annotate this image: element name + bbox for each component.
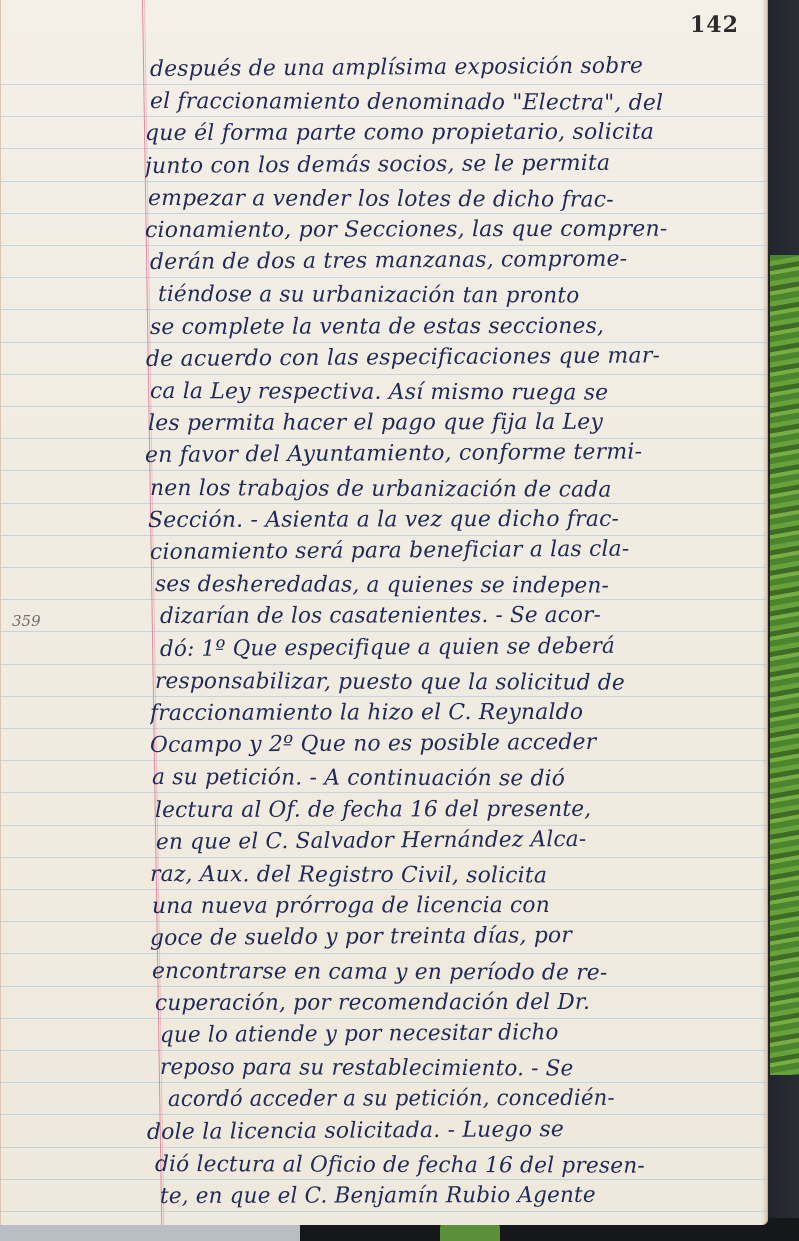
handwritten-line: les permita hacer el pago que fija la Le…: [148, 409, 760, 443]
handwritten-line: que él forma parte como propietario, sol…: [145, 119, 760, 153]
handwritten-line: te, en que el C. Benjamín Rubio Agente: [160, 1181, 760, 1215]
handwritten-line: fraccionamiento la hizo el C. Reynaldo: [150, 698, 760, 732]
handwritten-line: reposo para su restablecimiento. - Se: [160, 1054, 760, 1088]
handwritten-line: cuperación, por recomendación del Dr.: [155, 988, 760, 1022]
margin-note: 359: [12, 612, 41, 630]
handwritten-line: cionamiento, por Secciones, las que comp…: [145, 215, 760, 249]
handwritten-line: dió lectura al Oficio de fecha 16 del pr…: [155, 1151, 760, 1185]
handwritten-line: dizarían de los casatenientes. - Se acor…: [160, 602, 760, 636]
handwritten-line: empezar a vender los lotes de dicho frac…: [148, 185, 760, 219]
handwritten-line: Ocampo y 2º Que no es posible acceder: [150, 728, 760, 764]
handwritten-line: lectura al Of. de fecha 16 del presente,: [155, 795, 760, 829]
handwritten-line: dole la licencia solicitada. - Luego se: [147, 1114, 760, 1150]
handwritten-line: Sección. - Asienta a la vez que dicho fr…: [148, 505, 760, 539]
handwritten-line: dó: 1º Que especifique a quien se deberá: [160, 631, 760, 667]
handwritten-line: el fraccionamiento denominado "Electra",…: [150, 88, 760, 122]
handwritten-line: responsabilizar, puesto que la solicitud…: [155, 668, 760, 702]
handwritten-line: se complete la venta de estas secciones,: [150, 312, 760, 346]
handwritten-line: raz, Aux. del Registro Civil, solicita: [150, 861, 760, 895]
handwritten-line: una nueva prórroga de licencia con: [152, 892, 760, 926]
handwritten-line: junto con los demás socios, se le permit…: [145, 148, 760, 184]
page-number: 142: [690, 12, 739, 38]
handwritten-line: a su petición. - A continuación se dió: [152, 764, 760, 798]
handwritten-line: acordó acceder a su petición, concedién-: [168, 1085, 760, 1119]
handwritten-line: en que el C. Salvador Hernández Alca-: [156, 825, 760, 861]
handwritten-line: ses desheredadas, a quienes se indepen-: [155, 571, 760, 605]
handwritten-line: ca la Ley respectiva. Así mismo ruega se: [150, 378, 760, 412]
handwritten-line: en favor del Ayuntamiento, conforme term…: [145, 438, 760, 474]
handwritten-line: nen los trabajos de urbanización de cada: [150, 475, 760, 509]
handwritten-line: cionamiento será para beneficiar a las c…: [150, 535, 760, 571]
green-page-edge: [770, 255, 799, 1075]
handwritten-line: tiéndose a su urbanización tan pronto: [158, 281, 760, 315]
handwritten-line: de acuerdo con las especificaciones que …: [146, 342, 760, 378]
handwritten-line: goce de sueldo y por treinta días, por: [150, 921, 760, 957]
handwritten-line: derán de dos a tres manzanas, comprome-: [150, 245, 760, 281]
handwritten-line: encontrarse en cama y en período de re-: [152, 958, 760, 992]
ledger-page: 142 359 después de una amplísima exposic…: [0, 0, 768, 1225]
handwritten-line: que lo atiende y por necesitar dicho: [160, 1018, 760, 1054]
handwritten-line: después de una amplísima exposición sobr…: [150, 52, 760, 88]
